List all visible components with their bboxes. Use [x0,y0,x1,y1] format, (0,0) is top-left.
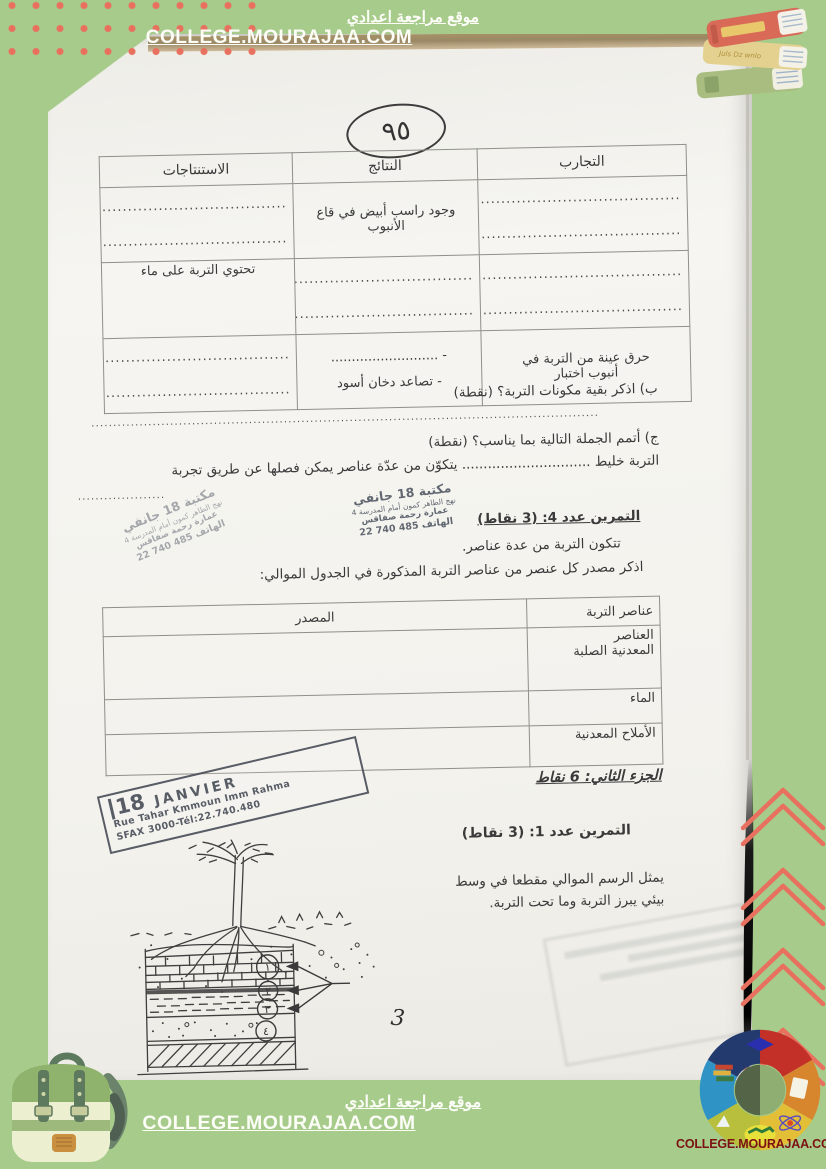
layer-label-4: ٤ [263,1025,269,1038]
layer-label-2: ٢ [265,985,271,998]
library-stamp: مكتبة 18 جانفي نهج الطاهر كمون أمام المد… [326,477,483,543]
col-experiments: التجارب [477,144,687,179]
cell-conclusion-1: ........................................… [100,184,295,263]
col-conclusions: الاستنتاجات [99,153,293,188]
row-water: الماء [528,688,662,726]
screenshot-root: موقع مراجعة اعدادي COLLEGE.MOURAJAA.COM … [0,0,826,1169]
site-footer: موقع مراجعة اعدادي COLLEGE.MOURAJAA.COM [0,1092,826,1135]
logo-caption: COLLEGE.MOURAJAA.COM [676,1137,826,1151]
col-soil-elements: عناصر التربة [526,596,660,628]
completion-sentence: التربة خليط ............................… [83,453,659,481]
row-mineral-salts: الأملاح المعدنية [529,723,663,767]
site-title-arabic[interactable]: موقع مراجعة اعدادي [139,8,687,27]
cell-result-1: وجود راسب أبيض في قاع الأنبوب [293,180,480,259]
handwritten-page-number: 3 [390,1006,406,1032]
scanned-document-page: ٩٥ التجارب النتائج الاستنتاجات .........… [48,34,752,1080]
cell-conclusion-3: ........................................… [103,335,298,414]
exercise4-line1: تتكون التربة من عدة عناصر. [349,535,621,557]
exercise1-description: يمثل الرسم الموالي مقطعا في وسط بيئي يبر… [386,867,665,917]
col-results: النتائج [292,149,478,184]
experiments-table: التجارب النتائج الاستنتاجات ............… [99,144,692,415]
table-row: العناصر المعدنية الصلبة [103,625,661,700]
cell-conclusion-2: تحتوي التربة على ماء [101,259,296,339]
empty-source-cell [103,628,528,700]
row-solid-minerals: العناصر المعدنية الصلبة [527,625,661,691]
table-row: ........................................… [101,251,689,339]
question-c: ج) أتمم الجملة التالية بما يناسب؟ (نقطة) [307,430,659,453]
document-content: ٩٥ التجارب النتائج الاستنتاجات .........… [38,27,764,1088]
page-edge-line [746,60,749,760]
table-row: ........................................… [100,175,688,262]
footer-title-arabic[interactable]: موقع مراجعة اعدادي [139,1092,687,1112]
site-header: موقع مراجعة اعدادي COLLEGE.MOURAJAA.COM [0,8,826,49]
soil-profile-drawing: ١ ٢ ٣ ٤ [119,836,422,1092]
soil-sources-table: عناصر التربة المصدر العناصر المعدنية الص… [102,596,663,777]
exercise4-line2: اذكر مصدر كل عنصر من عناصر التربة المذكو… [109,559,643,586]
cell-result-2: .................................... ...… [294,255,481,335]
footer-url-link[interactable]: COLLEGE.MOURAJAA.COM [0,1112,558,1135]
layer-label-1: ١ [265,961,271,974]
cell-experiment-1: ........................................… [478,175,689,255]
pointer-arrows [288,961,351,1012]
cell-experiment-2: ........................................… [479,251,690,331]
layer-label-3: ٣ [264,1003,270,1016]
site-url-link[interactable]: COLLEGE.MOURAJAA.COM [0,27,558,49]
part2-title: الجزء الثاني: 6 نقاط [374,768,662,790]
